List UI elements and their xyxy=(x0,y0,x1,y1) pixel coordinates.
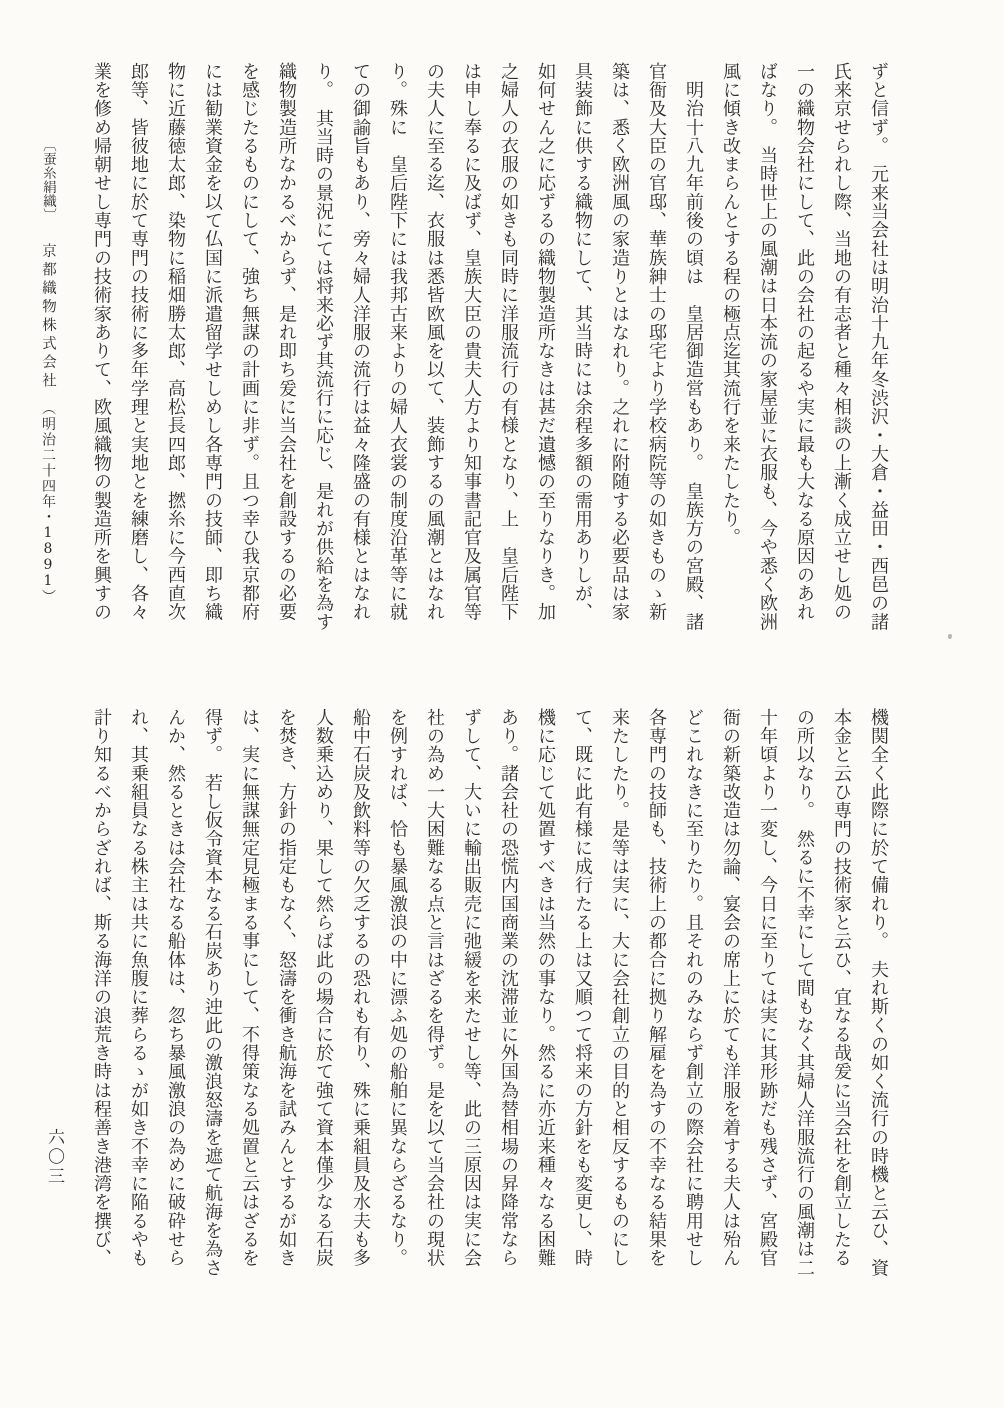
text-column: には勧業資金を以て仏国に派遣留学せしめし各専門の技師、即ち織 xyxy=(194,62,231,640)
text-column: り。殊に 皇后陛下には我邦古来よりの婦人衣裳の制度沿革等に就 xyxy=(379,62,416,640)
text-block-bottom: 機関全く此際に於て備れり。 夫れ斯くの如く流行の時機と云ひ、資本金と云ひ専門の技… xyxy=(83,708,897,1286)
text-column: は申し奉るに及ばず、皇族大臣の貴夫人方より知事書記官及属官等 xyxy=(453,62,490,640)
text-column: あり。諸会社の恐慌内国商業の沈滞並に外国為替相場の昇降常なら xyxy=(490,708,527,1286)
text-column: ずと信ず。 元来当会社は明治十九年冬渋沢・大倉・益田・西邑の諸 xyxy=(860,62,897,640)
text-column: 各専門の技師も、技術上の都合に拠り解雇を為すの不幸なる結果を xyxy=(638,708,675,1286)
text-column: て、既に此有様に成行たる上は又順つて将来の方針をも変更し、時 xyxy=(564,708,601,1286)
text-column: 官衙及大臣の官邸、華族紳士の邸宅より学校病院等の如きものゝ新 xyxy=(638,62,675,640)
text-column: を焚き、方針の指定もなく、怒濤を衝き航海を試みんとするが如き xyxy=(268,708,305,1286)
text-column: 船中石炭及飲料等の欠乏するの恐れも有り、殊に乗組員及水夫も多 xyxy=(342,708,379,1286)
date-label: （明治二十四年・1891） xyxy=(40,401,56,605)
scan-speck xyxy=(948,634,952,639)
text-column: 機関全く此際に於て備れり。 夫れ斯くの如く流行の時機と云ひ、資 xyxy=(860,708,897,1286)
text-column: の所以なり。 然るに不幸にして間もなく其婦人洋服流行の風潮は二 xyxy=(786,708,823,1286)
text-column: 明治十八九年前後の頃は 皇居御造営もあり。 皇族方の宮殿、諸 xyxy=(675,62,712,640)
text-column: 物に近藤徳太郎、染物に稲畑勝太郎、高松長四郎、撚糸に今西直次 xyxy=(157,62,194,640)
text-column: れ、其乗組員なる株主は共に魚腹に葬らるゝが如き不幸に陥るやも xyxy=(120,708,157,1286)
date-close: ） xyxy=(40,589,56,605)
text-column: ての御諭旨もあり、旁々婦人洋服の流行は益々隆盛の有様とはなれ xyxy=(342,62,379,640)
date-era: （明治二十四年・ xyxy=(40,401,56,525)
text-column: 織物製造所なかるべからず、是れ即ち爰に当会社を創設するの必要 xyxy=(268,62,305,640)
text-column: 機に応じて処置すべきは当然の事なり。然るに亦近来種々なる困難 xyxy=(527,708,564,1286)
text-column: 計り知るべからざれば、斯る海洋の浪荒き時は程善き港湾を撰び、 xyxy=(83,708,120,1286)
document-page: ずと信ず。 元来当会社は明治十九年冬渋沢・大倉・益田・西邑の諸氏来京せられし際、… xyxy=(0,0,1004,1408)
text-column: ずして、大いに輸出販売に弛緩を来たせし等、此の三原因は実に会 xyxy=(453,708,490,1286)
text-column: ばなり。 当時世上の風潮は日本流の家屋並に衣服も、今や悉く欧洲 xyxy=(749,62,786,640)
text-column: を感じたるものにして、強ち無謀の計画に非ず。且つ幸ひ我京都府 xyxy=(231,62,268,640)
text-column: 十年頃より一変し、今日に至りては実に其形跡だも残さず、宮殿官 xyxy=(749,708,786,1286)
text-column: 得ず。 若し仮令資本なる石炭あり迚此の激浪怒濤を遮て航海を為さ xyxy=(194,708,231,1286)
category-label: 〔蚕糸絹織〕 xyxy=(40,138,56,222)
date-year: 1891 xyxy=(40,525,56,589)
text-column: どこれなきに至りたり。且それのみならず創立の際会社に聘用せし xyxy=(675,708,712,1286)
text-column: 風に傾き改まらんとする程の極点迄其流行を来たしたり。 xyxy=(712,62,749,640)
text-column: 衙の新築改造は勿論、宴会の席上に於ても洋服を着する夫人は殆ん xyxy=(712,708,749,1286)
text-column: の夫人に至る迄、衣服は悉皆欧風を以て、装飾するの風潮とはなれ xyxy=(416,62,453,640)
text-column: 社の為め一大困難なる点と言はざるを得ず。是を以て当会社の現状 xyxy=(416,708,453,1286)
text-column: 氏来京せられし際、当地の有志者と種々相談の上漸く成立せし処の xyxy=(823,62,860,640)
text-column: 来たしたり。是等は実に、大に会社創立の目的と相反するものにし xyxy=(601,708,638,1286)
text-column: り。 其当時の景況にては将来必ず其流行に応じ、是れが供給を為す xyxy=(305,62,342,640)
text-column: 人数乗込めり、果して然らば此の場合に於て強て資本僅少なる石炭 xyxy=(305,708,342,1286)
page-number: 六〇三 xyxy=(42,1128,67,1187)
company-title: 京都織物株式会社 xyxy=(40,243,56,391)
text-block-top: ずと信ず。 元来当会社は明治十九年冬渋沢・大倉・益田・西邑の諸氏来京せられし際、… xyxy=(83,62,897,640)
text-column: を例すれば、恰も暴風激浪の中に漂ふ処の船舶に異ならざるなり。 xyxy=(379,708,416,1286)
text-column: 具装飾に供する織物にして、其当時には余程多額の需用ありしが、 xyxy=(564,62,601,640)
text-column: 如何せん之に応ずるの織物製造所なきは甚だ遺憾の至りなりき。加 xyxy=(527,62,564,640)
text-column: 築は、悉く欧洲風の家造りとはなれり。之れに附随する必要品は家 xyxy=(601,62,638,640)
text-column: 之婦人の衣服の如きも同時に洋服流行の有様となり、上 皇后陛下 xyxy=(490,62,527,640)
text-column: 本金と云ひ専門の技術家と云ひ、宜なる哉爰に当会社を創立したる xyxy=(823,708,860,1286)
text-column: は、実に無謀無定見極まる事にして、不得策なる処置と云はざるを xyxy=(231,708,268,1286)
section-header: 〔蚕糸絹織〕京都織物株式会社（明治二十四年・1891） xyxy=(34,138,62,658)
text-column: 郎等、皆彼地に於て専門の技術に多年学理と実地とを練磨し、各々 xyxy=(120,62,157,640)
text-column: 業を修め帰朝せし専門の技術家ありて、欧風織物の製造所を興すの xyxy=(83,62,120,640)
text-column: 一の織物会社にして、此の会社の起るや実に最も大なる原因のあれ xyxy=(786,62,823,640)
text-column: んか、然るときは会社なる船体は、忽ち暴風激浪の為めに破砕せら xyxy=(157,708,194,1286)
